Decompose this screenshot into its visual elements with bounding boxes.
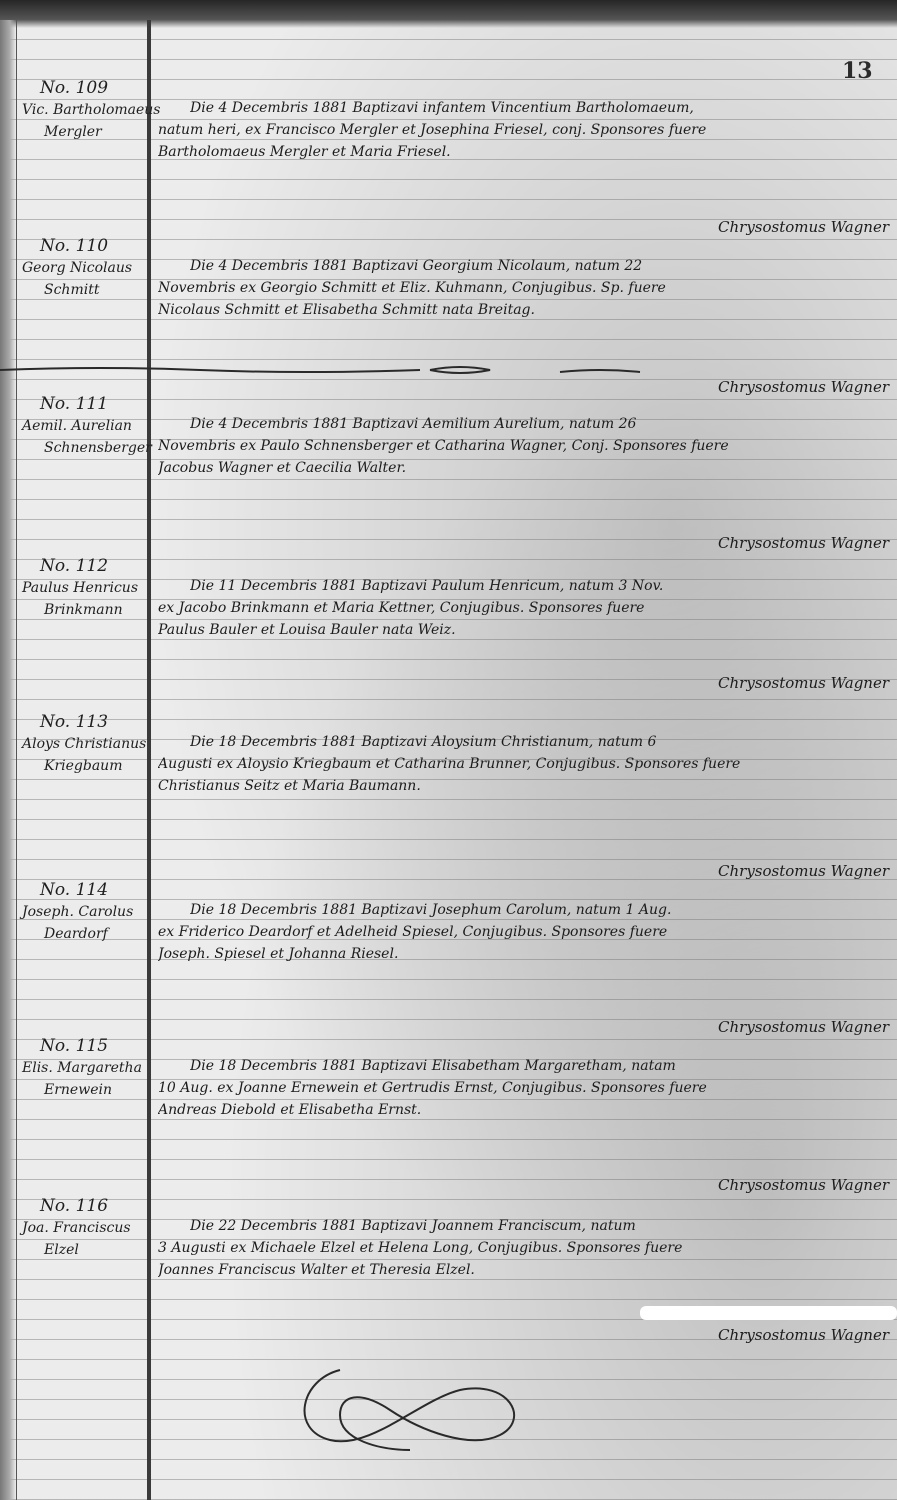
- entry-text-line: Novembris ex Paulo Schnensberger et Cath…: [158, 438, 888, 454]
- entry-number: No. 113: [40, 712, 108, 732]
- entry-text-line: Die 18 Decembris 1881 Baptizavi Elisabet…: [190, 1058, 897, 1074]
- priest-signature: Chrysostomus Wagner: [718, 1176, 889, 1194]
- flourish-divider: [0, 364, 897, 376]
- entry-surname: Mergler: [44, 124, 102, 140]
- entry-text-line: Christianus Seitz et Maria Baumann.: [158, 778, 888, 794]
- priest-signature: Chrysostomus Wagner: [718, 1018, 889, 1036]
- entry-number: No. 115: [40, 1036, 108, 1056]
- entry-surname: Brinkmann: [44, 602, 123, 618]
- entry-surname: Schmitt: [44, 282, 99, 298]
- priest-signature: Chrysostomus Wagner: [718, 1326, 889, 1344]
- entry-surname: Elzel: [44, 1242, 79, 1258]
- entry-text-line: Die 18 Decembris 1881 Baptizavi Josephum…: [190, 902, 897, 918]
- register-entry: No. 114 Joseph. Carolus Deardorf Die 18 …: [0, 880, 897, 1030]
- entry-text-line: 3 Augusti ex Michaele Elzel et Helena Lo…: [158, 1240, 888, 1256]
- entry-text-line: Nicolaus Schmitt et Elisabetha Schmitt n…: [158, 302, 888, 318]
- entry-text-line: ex Friderico Deardorf et Adelheid Spiese…: [158, 924, 888, 940]
- entry-text-line: Joseph. Spiesel et Johanna Riesel.: [158, 946, 888, 962]
- register-entry: No. 113 Aloys Christianus Kriegbaum Die …: [0, 712, 897, 882]
- entry-given-name: Joa. Franciscus: [22, 1220, 131, 1236]
- entry-text-line: Novembris ex Georgio Schmitt et Eliz. Ku…: [158, 280, 888, 296]
- entry-text-line: Bartholomaeus Mergler et Maria Friesel.: [158, 144, 888, 160]
- entry-given-name: Elis. Margaretha: [22, 1060, 142, 1076]
- entry-given-name: Aemil. Aurelian: [22, 418, 132, 434]
- entry-number: No. 114: [40, 880, 108, 900]
- entry-text-line: Augusti ex Aloysio Kriegbaum et Catharin…: [158, 756, 888, 772]
- entry-text-line: Jacobus Wagner et Caecilia Walter.: [158, 460, 888, 476]
- entry-text-line: Joannes Franciscus Walter et Theresia El…: [158, 1262, 888, 1278]
- entry-number: No. 109: [40, 78, 108, 98]
- entry-number: No. 111: [40, 394, 108, 414]
- entry-text-line: Die 4 Decembris 1881 Baptizavi infantem …: [190, 100, 897, 116]
- priest-signature: Chrysostomus Wagner: [718, 674, 889, 692]
- register-entry: No. 115 Elis. Margaretha Ernewein Die 18…: [0, 1036, 897, 1186]
- entry-given-name: Aloys Christianus: [22, 736, 146, 752]
- register-entry: No. 116 Joa. Franciscus Elzel Die 22 Dec…: [0, 1196, 897, 1346]
- register-entry: No. 112 Paulus Henricus Brinkmann Die 11…: [0, 556, 897, 706]
- entry-given-name: Paulus Henricus: [22, 580, 138, 596]
- entry-number: No. 110: [40, 236, 108, 256]
- entry-text-line: ex Jacobo Brinkmann et Maria Kettner, Co…: [158, 600, 888, 616]
- priest-signature: Chrysostomus Wagner: [718, 534, 889, 552]
- entry-surname: Schnensberger: [44, 440, 152, 456]
- entry-text-line: Die 4 Decembris 1881 Baptizavi Georgium …: [190, 258, 897, 274]
- register-entry: No. 111 Aemil. Aurelian Schnensberger Di…: [0, 394, 897, 544]
- entry-text-line: Die 4 Decembris 1881 Baptizavi Aemilium …: [190, 416, 897, 432]
- entry-text-line: Die 22 Decembris 1881 Baptizavi Joannem …: [190, 1218, 897, 1234]
- entry-text-line: natum heri, ex Francisco Mergler et Jose…: [158, 122, 888, 138]
- entry-text-line: Die 11 Decembris 1881 Baptizavi Paulum H…: [190, 578, 897, 594]
- entry-text-line: 10 Aug. ex Joanne Ernewein et Gertrudis …: [158, 1080, 888, 1096]
- entry-surname: Deardorf: [44, 926, 108, 942]
- closing-flourish: [280, 1360, 540, 1460]
- entry-text-line: Paulus Bauler et Louisa Bauler nata Weiz…: [158, 622, 888, 638]
- entry-number: No. 116: [40, 1196, 108, 1216]
- entry-text-line: Die 18 Decembris 1881 Baptizavi Aloysium…: [190, 734, 897, 750]
- entry-given-name: Vic. Bartholomaeus: [22, 102, 161, 118]
- priest-signature: Chrysostomus Wagner: [718, 862, 889, 880]
- entry-number: No. 112: [40, 556, 108, 576]
- entry-surname: Ernewein: [44, 1082, 112, 1098]
- register-entry: No. 109 Vic. Bartholomaeus Mergler Die 4…: [0, 78, 897, 238]
- entry-text-line: Andreas Diebold et Elisabetha Ernst.: [158, 1102, 888, 1118]
- paper-tear: [640, 1306, 897, 1320]
- scan-top-shadow: [0, 0, 897, 28]
- priest-signature: Chrysostomus Wagner: [718, 218, 889, 236]
- entry-given-name: Joseph. Carolus: [22, 904, 133, 920]
- entry-given-name: Georg Nicolaus: [22, 260, 132, 276]
- register-page: 13 No. 109 Vic. Bartholomaeus Mergler Di…: [0, 0, 897, 1500]
- entry-surname: Kriegbaum: [44, 758, 122, 774]
